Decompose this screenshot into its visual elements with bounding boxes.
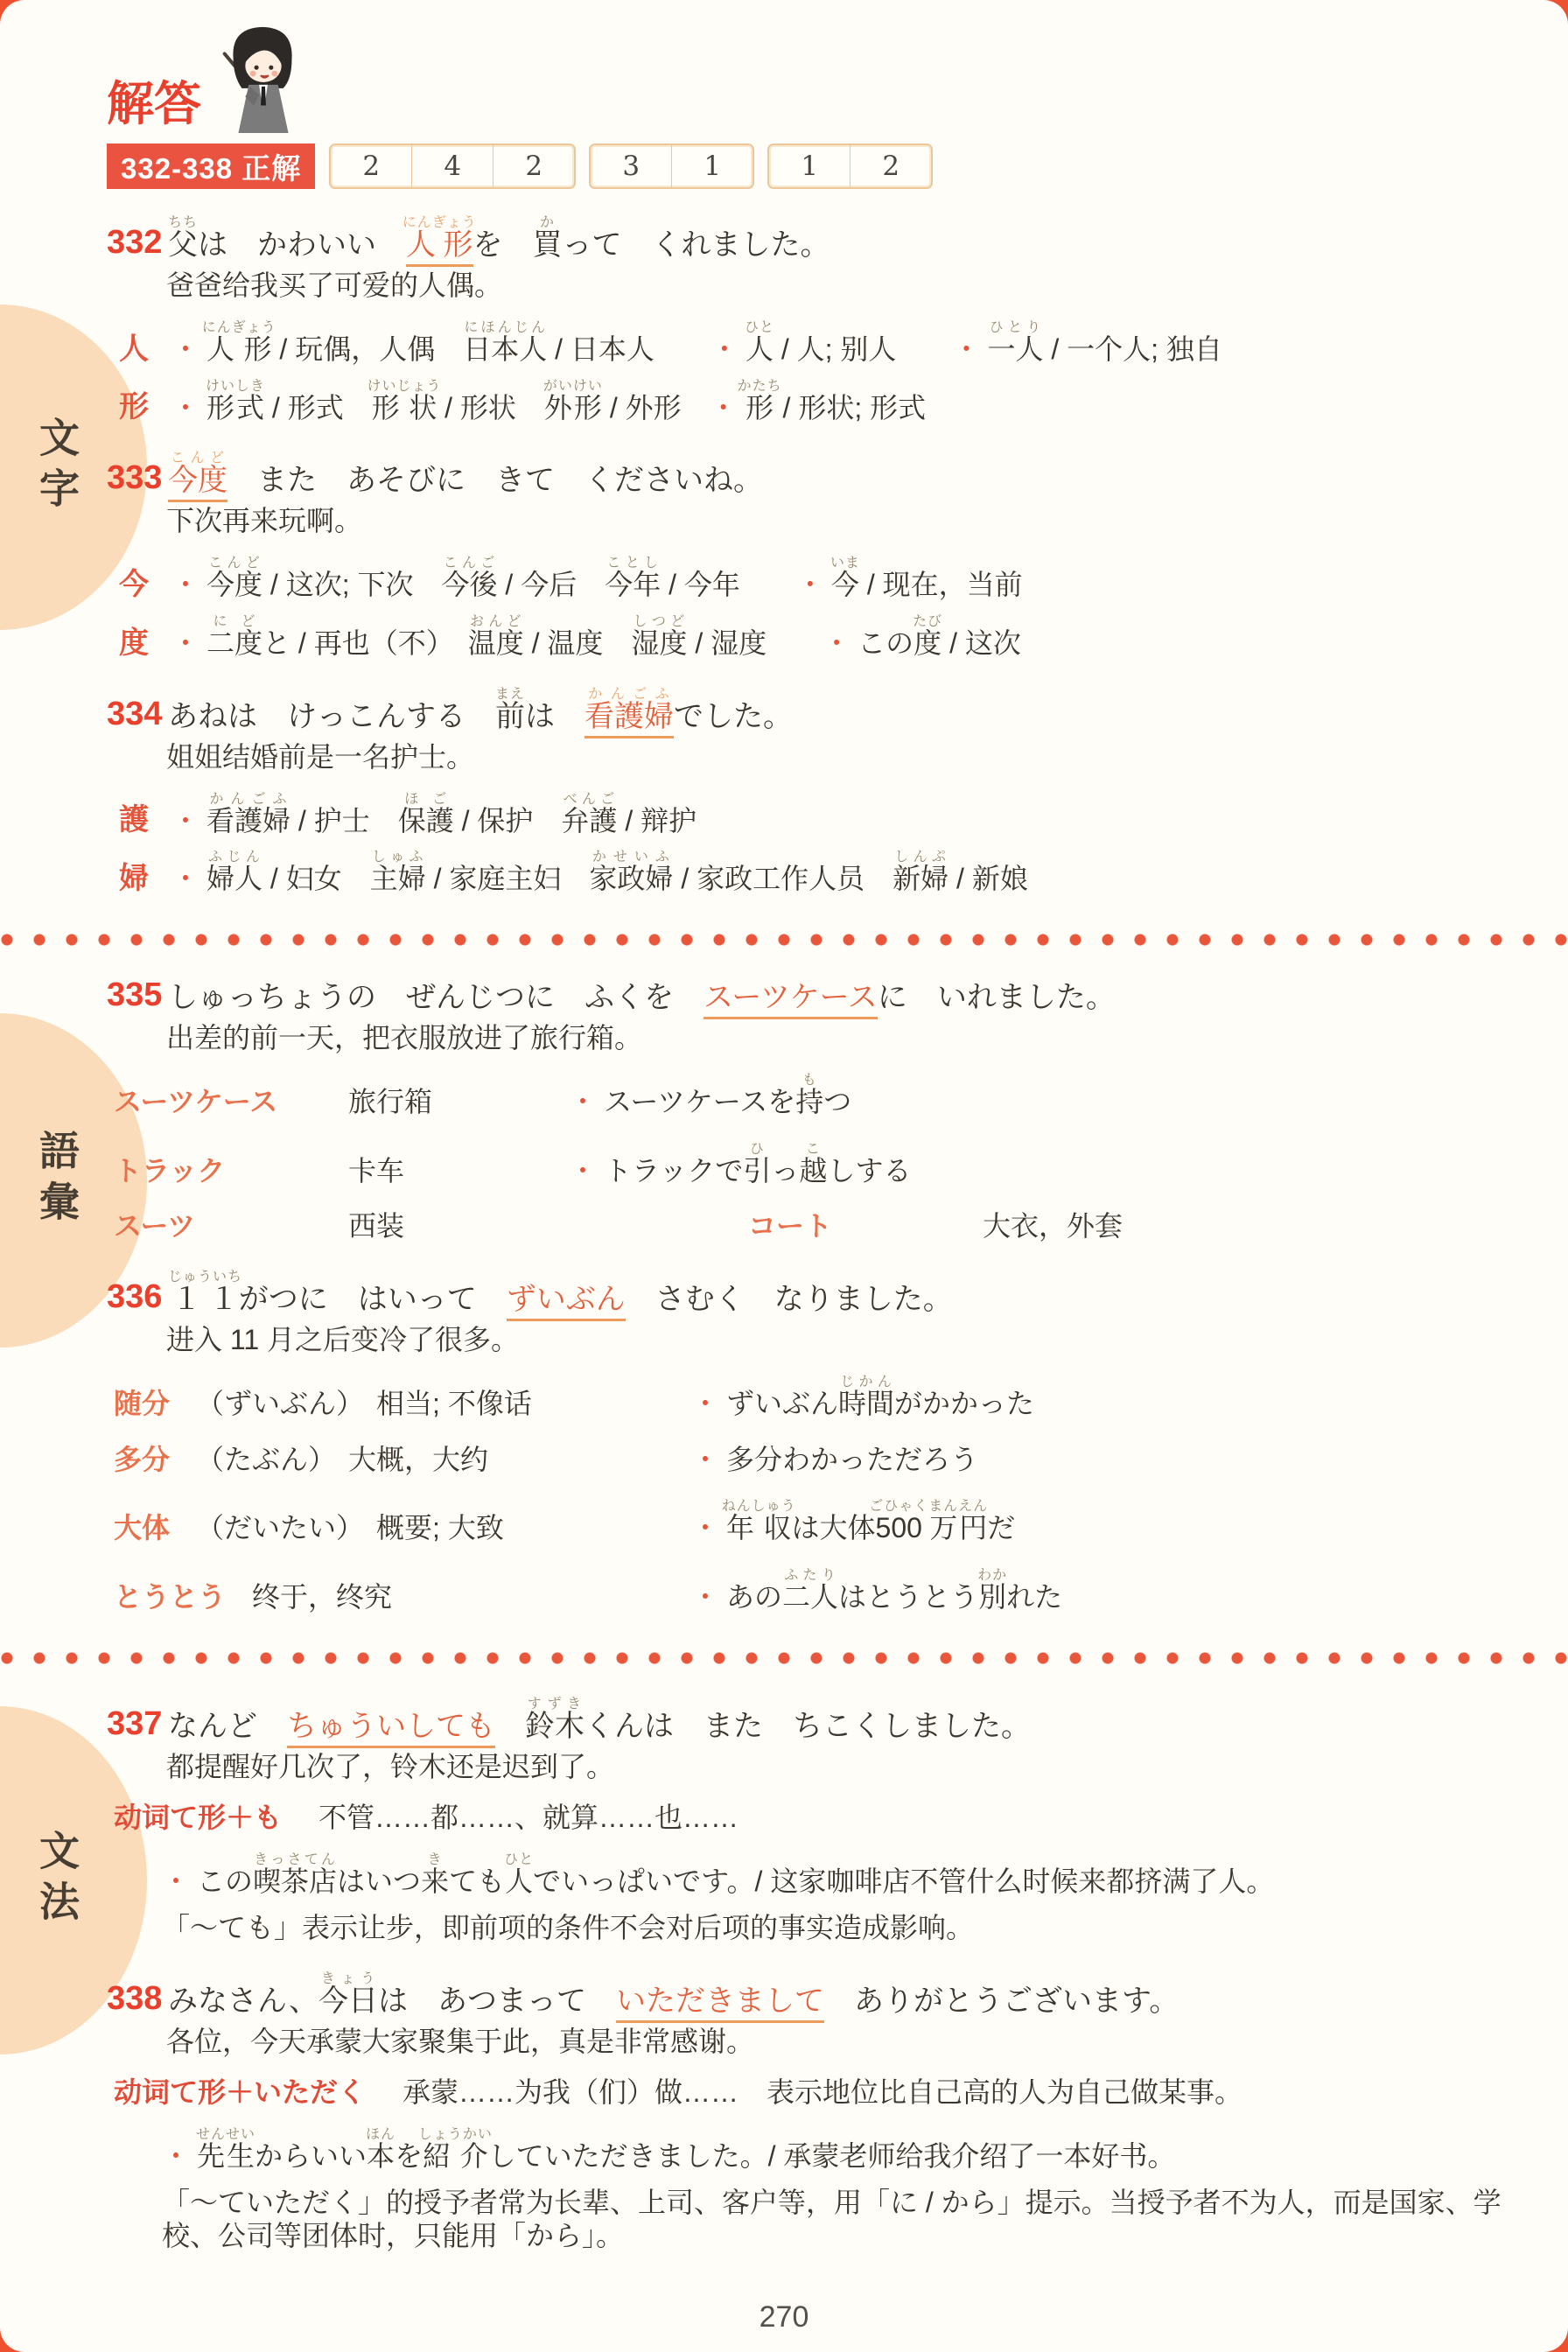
teacher-avatar-illustration bbox=[210, 23, 315, 135]
bullet-icon: ・ bbox=[710, 392, 738, 423]
ruby-word: 来き bbox=[421, 1865, 449, 1897]
text-run: ずいぶん bbox=[507, 1283, 626, 1321]
term-row: スーツケース旅行箱・スーツケースを持もつ bbox=[114, 1073, 1533, 1119]
vocab-row: 人・人形にんぎょう / 玩偶，人偶 日本人にほんじん / 日本人 ・人ひと / … bbox=[119, 320, 1533, 367]
answer-group: 31 bbox=[589, 143, 754, 189]
ruby-furigana: おんど bbox=[468, 614, 524, 629]
text-run: みなさん、 bbox=[168, 1984, 318, 2018]
ruby-furigana: まんえん bbox=[928, 1499, 988, 1514]
ruby-base: 父 bbox=[168, 228, 198, 262]
ruby-furigana: じかん bbox=[838, 1375, 894, 1389]
ruby-furigana: ひとり bbox=[987, 320, 1043, 335]
ruby-word: 今度こんど bbox=[168, 464, 227, 502]
word-meaning: 终于，终究 bbox=[252, 1581, 392, 1614]
text-run: / 新娘 bbox=[948, 863, 1028, 894]
grammar-description: 承蒙……为我（们）做…… 表示地位比自己高的人为自己做某事。 bbox=[402, 2076, 1242, 2110]
ruby-base: 紹介 bbox=[418, 2140, 493, 2172]
ruby-furigana: けいじょう bbox=[367, 379, 441, 394]
ruby-furigana: せんせい bbox=[196, 2127, 255, 2142]
ruby-base: 引 bbox=[743, 1155, 771, 1186]
ruby-word: 形かたち bbox=[745, 392, 775, 423]
ruby-base: 人形 bbox=[202, 333, 276, 365]
vocab-head-kanji: 度 bbox=[119, 626, 171, 661]
text-run: さむく なりました。 bbox=[626, 1283, 953, 1316]
text-run: がかかった bbox=[894, 1388, 1034, 1419]
vocab-entries: ・今度こんど / 这次; 下次 今後こんご / 今后 今年ことし / 今年 ・今… bbox=[171, 556, 1533, 602]
ruby-word: 今日きょう bbox=[318, 1984, 378, 2018]
text-run: あの bbox=[726, 1581, 782, 1613]
bullet-icon: ・ bbox=[569, 1086, 597, 1117]
text-run: でいっぱいです。/ 这家咖啡店不管什么时候来都挤满了人。 bbox=[533, 1865, 1274, 1897]
ruby-word: 前まえ bbox=[495, 700, 525, 733]
page-content: 解答 332-338 正解 2423112 332父ちちは かわいい 人 bbox=[0, 23, 1568, 2253]
bullet-icon: ・ bbox=[691, 1388, 719, 1419]
text-run: は かわいい bbox=[198, 228, 406, 262]
ruby-word: 日本人にほんじん bbox=[463, 333, 547, 365]
bullet-icon: ・ bbox=[171, 863, 199, 894]
page-number: 270 bbox=[0, 2300, 1568, 2334]
ruby-base: 主婦 bbox=[370, 863, 426, 894]
text-run: / 形状 bbox=[437, 392, 544, 423]
vocab-head-kanji: 形 bbox=[119, 389, 171, 424]
text-run: あねは けっこんする bbox=[168, 700, 495, 733]
text-run: いただきまして bbox=[616, 1984, 824, 2023]
ruby-furigana: しゅふ bbox=[370, 850, 426, 864]
section-1: 332父ちちは かわいい 人形にんぎょうを 買かって くれました。爸爸给我买了可… bbox=[0, 215, 1568, 896]
text-run: / 形状; 形式 bbox=[775, 392, 926, 423]
ruby-base: 本 bbox=[366, 2140, 395, 2172]
ruby-word: 喫茶店きっさてん bbox=[253, 1865, 337, 1897]
ruby-word: 人形にんぎょう bbox=[406, 228, 473, 267]
word-row: とうとう终于，终究・あの二人ふたりはとうとう別わかれた bbox=[114, 1568, 1533, 1614]
grammar-pattern-label: 动词て形＋も bbox=[114, 1802, 282, 1835]
ruby-furigana: まえ bbox=[495, 687, 525, 702]
question-sentence: しゅっちょうの ぜんじつに ふくを スーツケースに いれました。 bbox=[168, 980, 1116, 1015]
ruby-furigana: ごひゃく bbox=[869, 1499, 928, 1514]
bullet-icon: ・ bbox=[171, 627, 199, 659]
ruby-base: 今年 bbox=[605, 569, 661, 600]
ruby-word: 万円まんえん bbox=[928, 1512, 987, 1543]
ruby-word: 時間じかん bbox=[838, 1388, 894, 1419]
ruby-base: 看護婦 bbox=[206, 805, 290, 836]
vocab-row: 今・今度こんど / 这次; 下次 今後こんご / 今后 今年ことし / 今年 ・… bbox=[119, 556, 1533, 602]
text-run: ありがとうございます。 bbox=[824, 1984, 1179, 2018]
ruby-base: 湿度 bbox=[631, 627, 687, 659]
question-sentence: なんど ちゅういしても 鈴木すずきくんは また ちこくしました。 bbox=[168, 1697, 1031, 1744]
text-run: / 保护 bbox=[454, 805, 562, 836]
ruby-furigana: こんど bbox=[168, 451, 227, 465]
text-run: ずいぶん bbox=[726, 1388, 838, 1419]
question-line: 333今度こんど また あそびに きて くださいね。 bbox=[107, 451, 1507, 498]
ruby-base: 今 bbox=[830, 569, 860, 600]
question-line: 334あねは けっこんする 前まえは 看護婦かんごふでした。 bbox=[107, 687, 1507, 734]
ruby-furigana: ねんしゅう bbox=[722, 1499, 796, 1514]
text-run: / 温度 bbox=[524, 627, 632, 659]
term-word: スーツ bbox=[114, 1210, 322, 1243]
ruby-word: 今いま bbox=[831, 569, 859, 600]
vocab-entries: ・形式けいしき / 形式 形状けいじょう / 形状 外形がいけい / 外形 ・形… bbox=[171, 379, 1533, 425]
text-run: は あつまって bbox=[378, 1984, 616, 2018]
term-meaning: 大衣，外套 bbox=[983, 1210, 1123, 1243]
bullet-icon: ・ bbox=[171, 333, 199, 365]
ruby-base: 持 bbox=[795, 1086, 823, 1117]
ruby-word: 紹介しょうかい bbox=[423, 2140, 488, 2172]
answer-group: 12 bbox=[767, 143, 933, 189]
ruby-furigana: かんごふ bbox=[206, 792, 290, 807]
ruby-base: 弁護 bbox=[561, 805, 617, 836]
question-number: 338 bbox=[107, 1982, 168, 2019]
chinese-translation: 下次再来玩啊。 bbox=[166, 505, 1507, 538]
ruby-furigana: じゅういち bbox=[168, 1270, 242, 1284]
text-run: しする bbox=[827, 1155, 911, 1186]
vocab-head-kanji: 今 bbox=[119, 567, 171, 602]
question-number: 336 bbox=[107, 1280, 168, 1317]
vocab-row: 婦・婦人ふじん / 妇女 主婦しゅふ / 家庭主妇 家政婦かせいふ / 家政工作… bbox=[119, 850, 1533, 896]
vocab-head-kanji: 人 bbox=[119, 332, 171, 367]
term-left: トラック卡车 bbox=[114, 1155, 569, 1188]
text-run: つ bbox=[823, 1086, 851, 1117]
ruby-base: 人形 bbox=[402, 228, 477, 262]
vocab-row: 形・形式けいしき / 形式 形状けいじょう / 形状 外形がいけい / 外形 ・… bbox=[119, 379, 1533, 425]
ruby-furigana: すずき bbox=[525, 1697, 584, 1711]
ruby-furigana: がいけい bbox=[543, 379, 603, 394]
ruby-base: 年収 bbox=[722, 1512, 796, 1543]
term-word: コート bbox=[748, 1210, 956, 1243]
term-meaning: 西装 bbox=[348, 1210, 404, 1243]
ruby-base: 人 bbox=[745, 333, 774, 365]
ruby-base: 外形 bbox=[543, 392, 603, 423]
text-run: は大体 bbox=[792, 1512, 876, 1543]
ruby-word: 人形にんぎょう bbox=[206, 333, 272, 365]
ruby-base: 温度 bbox=[468, 627, 524, 659]
ruby-base: 越 bbox=[799, 1155, 827, 1186]
word-row: 多分（たぶん）大概，大约・多分わかっただろう bbox=[114, 1444, 1533, 1477]
ruby-furigana: しんぷ bbox=[892, 850, 948, 864]
ruby-word: 持も bbox=[795, 1086, 823, 1117]
ruby-word: 買か bbox=[533, 228, 563, 262]
ruby-word: 本ほん bbox=[367, 2140, 395, 2172]
bullet-icon: ・ bbox=[952, 333, 980, 365]
ruby-word: 別わか bbox=[978, 1581, 1006, 1613]
ruby-base: 今度 bbox=[168, 464, 227, 497]
text-run: していただきました。/ 承蒙老师给我介绍了一本好书。 bbox=[488, 2140, 1176, 2172]
ruby-word: 一人ひとり bbox=[987, 333, 1043, 365]
ruby-word: 看護婦かんごふ bbox=[206, 805, 290, 836]
text-run: / 玩偶，人偶 bbox=[272, 333, 464, 365]
text-run: トラックで bbox=[604, 1155, 743, 1186]
vocab-head-kanji: 婦 bbox=[119, 861, 171, 896]
ruby-base: 鈴木 bbox=[525, 1710, 584, 1743]
text-run: / 人; 别人 bbox=[773, 333, 952, 365]
ruby-base: 買 bbox=[533, 228, 563, 262]
page-title: 解答 bbox=[107, 80, 201, 135]
ruby-base: 来 bbox=[421, 1865, 449, 1897]
bullet-icon: ・ bbox=[691, 1444, 719, 1475]
question-number: 335 bbox=[107, 978, 168, 1015]
bullet-icon: ・ bbox=[171, 569, 199, 600]
ruby-base: １１ bbox=[168, 1283, 242, 1316]
text-run: を bbox=[473, 228, 533, 262]
text-run: でした。 bbox=[674, 700, 793, 733]
example: ・スーツケースを持もつ bbox=[569, 1073, 851, 1119]
question-line: 338みなさん、今日きょうは あつまって いただきまして ありがとうございます。 bbox=[107, 1971, 1507, 2019]
text-run: / 湿度 bbox=[687, 627, 822, 659]
text-run: / 这次; 下次 bbox=[262, 569, 441, 600]
ruby-base: 今後 bbox=[442, 569, 498, 600]
ruby-word: 形式けいしき bbox=[206, 392, 264, 423]
ruby-furigana: ふじん bbox=[206, 850, 262, 864]
bullet-icon: ・ bbox=[710, 333, 738, 365]
text-run: 多分わかっただろう bbox=[726, 1444, 978, 1475]
question-sentence: あねは けっこんする 前まえは 看護婦かんごふでした。 bbox=[168, 687, 793, 734]
text-run: は bbox=[525, 700, 584, 733]
word-meaning: 概要; 大致 bbox=[376, 1512, 504, 1545]
text-run: れた bbox=[1006, 1581, 1062, 1613]
text-run: スーツケース bbox=[703, 981, 878, 1019]
vocab-row: 護・看護婦かんごふ / 护士 保護ほご / 保护 弁護べんご / 辩护 bbox=[119, 792, 1533, 838]
ruby-word: 年収ねんしゅう bbox=[726, 1512, 792, 1543]
word-term: 大体 bbox=[114, 1512, 170, 1545]
question-line: 337なんど ちゅういしても 鈴木すずきくんは また ちこくしました。 bbox=[107, 1697, 1507, 1744]
text-run: と / 再也（不） bbox=[262, 627, 468, 659]
word-left: 多分（たぶん）大概，大约 bbox=[114, 1444, 691, 1477]
text-run: スーツケースを bbox=[604, 1086, 795, 1117]
example-line: ・この喫茶店きっさてんはいつ来きても人ひとでいっぱいです。/ 这家咖啡店不管什么… bbox=[162, 1852, 1507, 1899]
vocab-entries: ・人形にんぎょう / 玩偶，人偶 日本人にほんじん / 日本人 ・人ひと / 人… bbox=[171, 320, 1533, 367]
text-run: / 外形 bbox=[602, 392, 710, 423]
text-run: / 日本人 bbox=[547, 333, 710, 365]
bullet-icon: ・ bbox=[162, 1865, 190, 1897]
ruby-furigana: きっさてん bbox=[253, 1852, 337, 1867]
textbook-page: 文字 語彙 文法 解答 3 bbox=[0, 0, 1568, 2352]
chinese-translation: 姐姐结婚前是一名护士。 bbox=[166, 741, 1507, 774]
ruby-base: 先生 bbox=[196, 2140, 255, 2172]
page-header: 解答 bbox=[107, 23, 1568, 135]
text-run: っ bbox=[771, 1155, 799, 1186]
answer-cell: 2 bbox=[493, 145, 574, 187]
ruby-word: 温度おんど bbox=[468, 627, 524, 659]
chinese-translation: 出差的前一天，把衣服放进了旅行箱。 bbox=[166, 1022, 1507, 1055]
ruby-furigana: も bbox=[795, 1073, 823, 1088]
text-run: / 辩护 bbox=[617, 805, 696, 836]
question-sentence: １１じゅういちがつに はいって ずいぶん さむく なりました。 bbox=[168, 1270, 953, 1317]
text-run: ちゅういしても bbox=[287, 1710, 495, 1748]
text-run: / 现在，当前 bbox=[859, 569, 1023, 600]
text-run: / 一个人; 独自 bbox=[1043, 333, 1221, 365]
ruby-base: 二度 bbox=[206, 627, 262, 659]
text-run: なんど bbox=[168, 1710, 287, 1743]
text-run: / 家庭主妇 bbox=[426, 863, 590, 894]
ruby-furigana: ひ bbox=[743, 1142, 771, 1157]
ruby-furigana: にんぎょう bbox=[202, 320, 276, 335]
bullet-icon: ・ bbox=[822, 627, 850, 659]
ruby-word: 新婦しんぷ bbox=[892, 863, 948, 894]
term-left: スーツケース旅行箱 bbox=[114, 1086, 569, 1119]
answer-cell: 3 bbox=[591, 145, 672, 187]
text-run: / 今年 bbox=[661, 569, 796, 600]
answer-group: 242 bbox=[329, 143, 576, 189]
word-term: 多分 bbox=[114, 1444, 170, 1477]
text-run: しゅっちょうの ぜんじつに ふくを bbox=[168, 981, 703, 1014]
chinese-translation: 进入 11 月之后变冷了很多。 bbox=[166, 1324, 1507, 1357]
term-meaning: 旅行箱 bbox=[348, 1086, 432, 1119]
answer-cell: 2 bbox=[331, 145, 412, 187]
vocab-entries: ・看護婦かんごふ / 护士 保護ほご / 保护 弁護べんご / 辩护 bbox=[171, 792, 1533, 838]
ruby-furigana: かせいふ bbox=[589, 850, 673, 864]
text-run: この bbox=[197, 1865, 253, 1897]
ruby-word: 二人ふたり bbox=[782, 1581, 838, 1613]
word-term: とうとう bbox=[114, 1581, 226, 1614]
ruby-furigana: かたち bbox=[738, 379, 782, 394]
answer-cells: 2423112 bbox=[329, 143, 933, 189]
bullet-icon: ・ bbox=[569, 1155, 597, 1186]
ruby-base: 度 bbox=[913, 627, 942, 659]
answer-sections: 332父ちちは かわいい 人形にんぎょうを 買かって くれました。爸爸给我买了可… bbox=[0, 215, 1568, 2253]
term-word: トラック bbox=[114, 1155, 322, 1188]
term-row: スーツ西装コート大衣，外套 bbox=[114, 1210, 1533, 1243]
ruby-furigana: いま bbox=[830, 556, 860, 570]
text-run: がつに はいって bbox=[239, 1283, 507, 1316]
ruby-base: 万円 bbox=[928, 1512, 988, 1543]
answer-cell: 4 bbox=[412, 145, 493, 187]
ruby-furigana: にど bbox=[206, 614, 262, 629]
example: ・あの二人ふたりはとうとう別わかれた bbox=[691, 1568, 1062, 1614]
ruby-furigana: ことし bbox=[605, 556, 661, 570]
text-run: / 护士 bbox=[290, 805, 398, 836]
ruby-furigana: こ bbox=[799, 1142, 827, 1157]
term-row: トラック卡车・トラックで引ひっ越こしする bbox=[114, 1142, 1533, 1188]
question-sentence: 父ちちは かわいい 人形にんぎょうを 買かって くれました。 bbox=[168, 215, 830, 262]
ruby-word: 婦人ふじん bbox=[206, 863, 262, 894]
grammar-note: 「〜ていただく」的授予者常为长辈、上司、客户等，用「に / から」提示。当授予者… bbox=[162, 2187, 1507, 2253]
ruby-word: 二度にど bbox=[206, 627, 262, 659]
word-reading: （たぶん） bbox=[196, 1444, 336, 1477]
text-run: / 今后 bbox=[498, 569, 605, 600]
text-run: ても bbox=[449, 1865, 505, 1897]
ruby-furigana: しつど bbox=[631, 614, 687, 629]
ruby-word: 父ちち bbox=[168, 228, 198, 262]
ruby-base: 形状 bbox=[367, 392, 441, 423]
ruby-base: 保護 bbox=[398, 805, 454, 836]
ruby-furigana: にんぎょう bbox=[402, 215, 477, 230]
ruby-base: 今度 bbox=[206, 569, 262, 600]
bullet-icon: ・ bbox=[691, 1512, 719, 1543]
grammar-pattern-label: 动词て形＋いただく bbox=[114, 2076, 366, 2110]
ruby-base: 前 bbox=[495, 700, 525, 733]
dotted-divider bbox=[0, 1651, 1568, 1665]
ruby-furigana: き bbox=[421, 1852, 449, 1867]
ruby-base: 日本人 bbox=[463, 333, 547, 365]
text-run: / 这次 bbox=[941, 627, 1021, 659]
term-left: スーツ西装 bbox=[114, 1210, 569, 1243]
question-line: 336１１じゅういちがつに はいって ずいぶん さむく なりました。 bbox=[107, 1270, 1507, 1317]
question-sentence: 今度こんど また あそびに きて くださいね。 bbox=[168, 451, 763, 498]
text-run: はいつ bbox=[337, 1865, 421, 1897]
word-row: 大体（だいたい）概要; 大致・年収ねんしゅうは大体500ごひゃく万円まんえんだ bbox=[114, 1499, 1533, 1545]
text-run bbox=[495, 1710, 525, 1743]
question-line: 332父ちちは かわいい 人形にんぎょうを 買かって くれました。 bbox=[107, 215, 1507, 262]
dotted-divider bbox=[0, 933, 1568, 947]
ruby-word: 形状けいじょう bbox=[372, 392, 437, 423]
example-line: ・先生せんせいからいい本ほんを紹介しょうかいしていただきました。/ 承蒙老师给我… bbox=[162, 2127, 1507, 2173]
ruby-furigana: こんご bbox=[442, 556, 498, 570]
word-left: とうとう终于，终究 bbox=[114, 1581, 691, 1614]
answer-range-label: 332-338 正解 bbox=[107, 143, 315, 189]
chinese-translation: 爸爸给我买了可爱的人偶。 bbox=[166, 269, 1507, 303]
text-run: / 妇女 bbox=[262, 863, 370, 894]
question-number: 333 bbox=[107, 461, 168, 498]
ruby-furigana: わか bbox=[977, 1568, 1007, 1583]
term-word: スーツケース bbox=[114, 1086, 322, 1119]
ruby-furigana: しょうかい bbox=[418, 2127, 493, 2142]
term-meaning: 卡车 bbox=[348, 1155, 404, 1188]
ruby-base: 別 bbox=[977, 1581, 1007, 1613]
ruby-furigana: ひと bbox=[504, 1852, 534, 1867]
ruby-base: 今日 bbox=[318, 1984, 378, 2018]
ruby-base: 形式 bbox=[206, 392, 265, 423]
answer-cell: 1 bbox=[672, 145, 752, 187]
ruby-furigana: ふたり bbox=[782, 1568, 838, 1583]
text-run: / 家政工作人员 bbox=[673, 863, 892, 894]
example: ・年収ねんしゅうは大体500ごひゃく万円まんえんだ bbox=[691, 1499, 1015, 1545]
text-run: / 形式 bbox=[264, 392, 372, 423]
question-number: 337 bbox=[107, 1707, 168, 1744]
ruby-base: 一人 bbox=[987, 333, 1043, 365]
ruby-furigana: ちち bbox=[168, 215, 198, 230]
ruby-word: 湿度しつど bbox=[631, 627, 687, 659]
vocab-entries: ・二度にどと / 再也（不） 温度おんど / 温度 湿度しつど / 湿度 ・この… bbox=[171, 614, 1533, 661]
text-run: はとうとう bbox=[838, 1581, 978, 1613]
ruby-furigana: にほんじん bbox=[463, 320, 547, 335]
ruby-word: 今度こんど bbox=[206, 569, 262, 600]
grammar-description: 不管……都……、就算……也…… bbox=[318, 1802, 738, 1835]
ruby-base: 時間 bbox=[838, 1388, 894, 1419]
section-2: 335しゅっちょうの ぜんじつに ふくを スーツケースに いれました。出差的前一… bbox=[0, 978, 1568, 1614]
text-run: って くれました。 bbox=[563, 228, 830, 262]
ruby-word: 家政婦かせいふ bbox=[589, 863, 673, 894]
grammar-note: 「〜ても」表示让步，即前项的条件不会对后项的事实造成影响。 bbox=[162, 1912, 1507, 1945]
chinese-translation: 都提醒好几次了，铃木还是迟到了。 bbox=[166, 1751, 1507, 1784]
example: ・ずいぶん時間じかんがかかった bbox=[691, 1375, 1034, 1421]
ruby-base: 新婦 bbox=[892, 863, 948, 894]
ruby-base: 500 bbox=[869, 1512, 928, 1543]
section-3: 337なんど ちゅういしても 鈴木すずきくんは また ちこくしました。都提醒好几… bbox=[0, 1697, 1568, 2253]
ruby-word: 人ひと bbox=[505, 1865, 533, 1897]
ruby-word: 鈴木すずき bbox=[525, 1710, 584, 1743]
word-term: 随分 bbox=[114, 1388, 170, 1421]
bullet-icon: ・ bbox=[796, 569, 824, 600]
ruby-furigana: こんど bbox=[206, 556, 262, 570]
ruby-word: １１じゅういち bbox=[168, 1283, 239, 1316]
text-run: くんは また ちこくしました。 bbox=[584, 1710, 1031, 1743]
ruby-furigana: かんごふ bbox=[584, 687, 674, 702]
ruby-word: 引ひ bbox=[743, 1155, 771, 1186]
text-run: だ bbox=[987, 1512, 1015, 1543]
text-run: に いれました。 bbox=[878, 981, 1116, 1014]
ruby-base: 婦人 bbox=[206, 863, 262, 894]
ruby-furigana: たび bbox=[913, 614, 942, 629]
question-line: 335しゅっちょうの ぜんじつに ふくを スーツケースに いれました。 bbox=[107, 978, 1507, 1015]
word-left: 随分（ずいぶん）相当; 不像话 bbox=[114, 1388, 691, 1421]
ruby-word: 度たび bbox=[913, 627, 941, 659]
ruby-word: 主婦しゅふ bbox=[370, 863, 426, 894]
ruby-furigana: けいしき bbox=[206, 379, 265, 394]
word-meaning: 相当; 不像话 bbox=[376, 1388, 532, 1421]
word-meaning: 大概，大约 bbox=[348, 1444, 488, 1477]
ruby-word: 今年ことし bbox=[605, 569, 661, 600]
ruby-word: 看護婦かんごふ bbox=[584, 700, 674, 738]
question-number: 334 bbox=[107, 697, 168, 734]
